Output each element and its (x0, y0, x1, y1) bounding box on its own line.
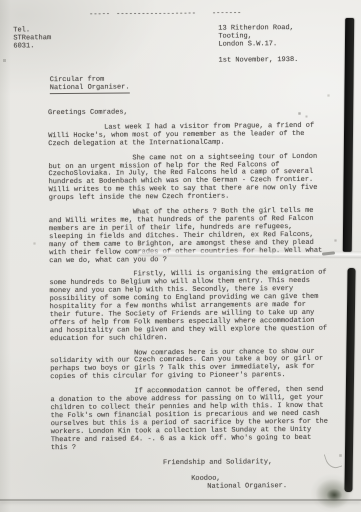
date-line: 1st November, 1938. (219, 57, 299, 66)
typed-dash-group: ------- (212, 10, 241, 18)
paragraph: If accommodation cannot be offered, then… (50, 387, 331, 453)
address-line: London S.W.17. (218, 41, 294, 50)
paragraph: Last week I had a visitor from Prague, a… (48, 123, 328, 149)
typed-dash-group: ----- (89, 12, 110, 20)
paragraph: She came not on a sightseeing tour of Lo… (48, 153, 328, 203)
tel-number: 6031. (13, 43, 51, 51)
subject-org-line: National Organiser. (50, 84, 130, 94)
typed-dash-group: ------------------- (116, 11, 196, 20)
tel-block: Tel. STReatham 6031. (13, 27, 51, 51)
paragraph: Firstly, Willi is organising the emigrat… (49, 270, 330, 344)
paragraph: Now comrades here is our chance to show … (50, 348, 330, 382)
typed-dashes: ------------------------------- (89, 10, 241, 19)
letter-body: Greetings Comrades, Last week I had a vi… (48, 108, 331, 494)
salutation: Greetings Comrades, (48, 108, 328, 118)
closing-line: Friendship and Solidarity, (163, 459, 331, 468)
page-bottom-edge (0, 499, 361, 501)
ink-smudge (308, 472, 356, 512)
address-block: 13 Ritherdon Road, Tooting, London S.W.1… (218, 25, 294, 49)
letter-scan: ------------------------------- Tel. STR… (0, 0, 361, 512)
paper-specks (0, 0, 1, 1)
subject-block: Circular from National Organiser. (50, 76, 130, 94)
